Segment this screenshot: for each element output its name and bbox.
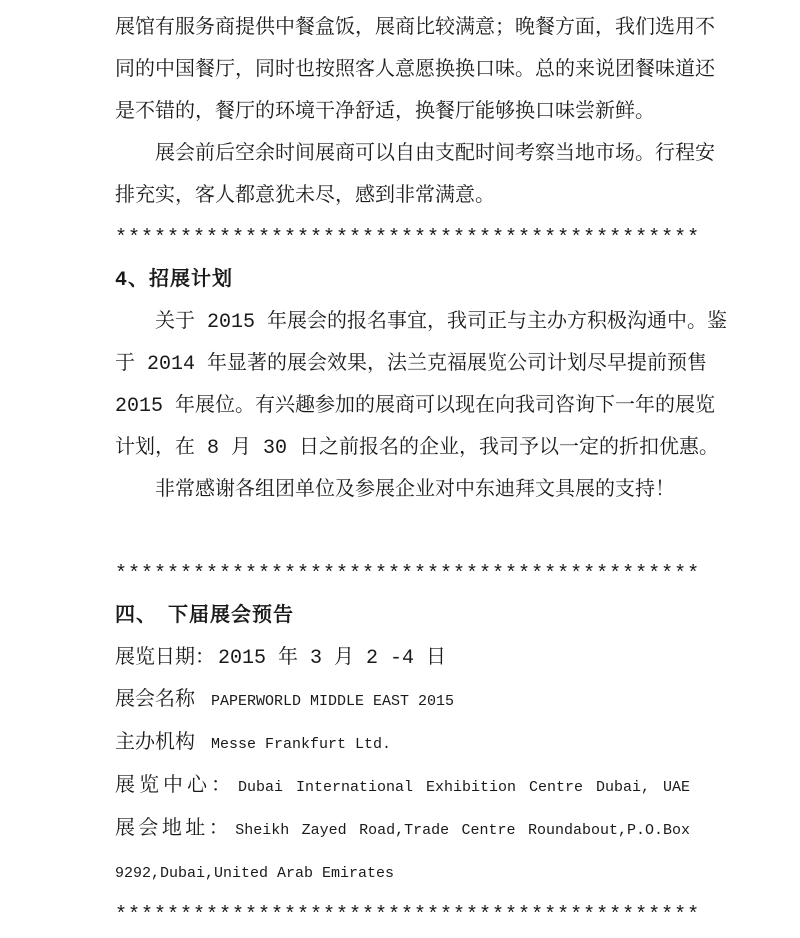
paragraph-dining-line-2: 同的中国餐厅，同时也按照客人意愿换换口味。总的来说团餐味道还: [115, 50, 690, 92]
paragraph-freetime-line-2: 排充实，客人都意犹未尽，感到非常满意。: [115, 176, 690, 218]
info-row-exhibition-centre: 展览中心：Dubai International Exhibition Cent…: [115, 766, 690, 809]
paragraph-thanks: 非常感谢各组团单位及参展企业对中东迪拜文具展的支持！: [115, 470, 690, 512]
paragraph-recruit-line-4: 计划，在 8 月 30 日之前报名的企业，我司予以一定的折扣优惠。: [115, 428, 690, 470]
info-row-organizer: 主办机构Messe Frankfurt Ltd.: [115, 723, 690, 766]
exhibition-centre-value: Dubai International Exhibition Centre Du…: [238, 779, 690, 796]
paragraph-recruit-line-2: 于 2014 年显著的展会效果，法兰克福展览公司计划尽早提前预售: [115, 344, 690, 386]
stars-separator: ****************************************…: [115, 218, 690, 260]
organizer-label: 主办机构: [115, 732, 195, 755]
blank-line: [115, 512, 690, 554]
stars-separator: ****************************************…: [115, 554, 690, 596]
document-page: 展馆有服务商提供中餐盒饭，展商比较满意；晚餐方面，我们选用不 同的中国餐厅，同时…: [0, 0, 800, 938]
info-row-exhibition-address: 展会地址：Sheikh Zayed Road,Trade Centre Roun…: [115, 809, 690, 895]
exhibition-name-value: PAPERWORLD MIDDLE EAST 2015: [211, 693, 454, 710]
document-content: 展馆有服务商提供中餐盒饭，展商比较满意；晚餐方面，我们选用不 同的中国餐厅，同时…: [115, 8, 690, 937]
paragraph-dining-line-1: 展馆有服务商提供中餐盒饭，展商比较满意；晚餐方面，我们选用不: [115, 8, 690, 50]
section-heading-recruit-plan: 4、招展计划: [115, 260, 690, 302]
exhibition-date-label: 展览日期：: [115, 647, 215, 670]
info-row-exhibition-name: 展会名称PAPERWORLD MIDDLE EAST 2015: [115, 680, 690, 723]
info-row-exhibition-date: 展览日期：2015 年 3 月 2 -4 日: [115, 638, 690, 680]
paragraph-recruit-line-1: 关于 2015 年展会的报名事宜，我司正与主办方积极沟通中。鉴: [115, 302, 690, 344]
paragraph-recruit-line-3: 2015 年展位。有兴趣参加的展商可以现在向我司咨询下一年的展览: [115, 386, 690, 428]
exhibition-date-value: 2015 年 3 月 2 -4 日: [218, 647, 446, 670]
paragraph-freetime-line-1: 展会前后空余时间展商可以自由支配时间考察当地市场。行程安: [115, 134, 690, 176]
organizer-value: Messe Frankfurt Ltd.: [211, 736, 391, 753]
exhibition-name-label: 展会名称: [115, 689, 195, 712]
exhibition-centre-label: 展览中心：: [115, 775, 235, 798]
stars-separator: ****************************************…: [115, 895, 690, 937]
paragraph-dining-line-3: 是不错的，餐厅的环境干净舒适，换餐厅能够换口味尝新鲜。: [115, 92, 690, 134]
section-heading-next-show-preview: 四、 下届展会预告: [115, 596, 690, 638]
exhibition-address-label: 展会地址：: [115, 818, 232, 841]
